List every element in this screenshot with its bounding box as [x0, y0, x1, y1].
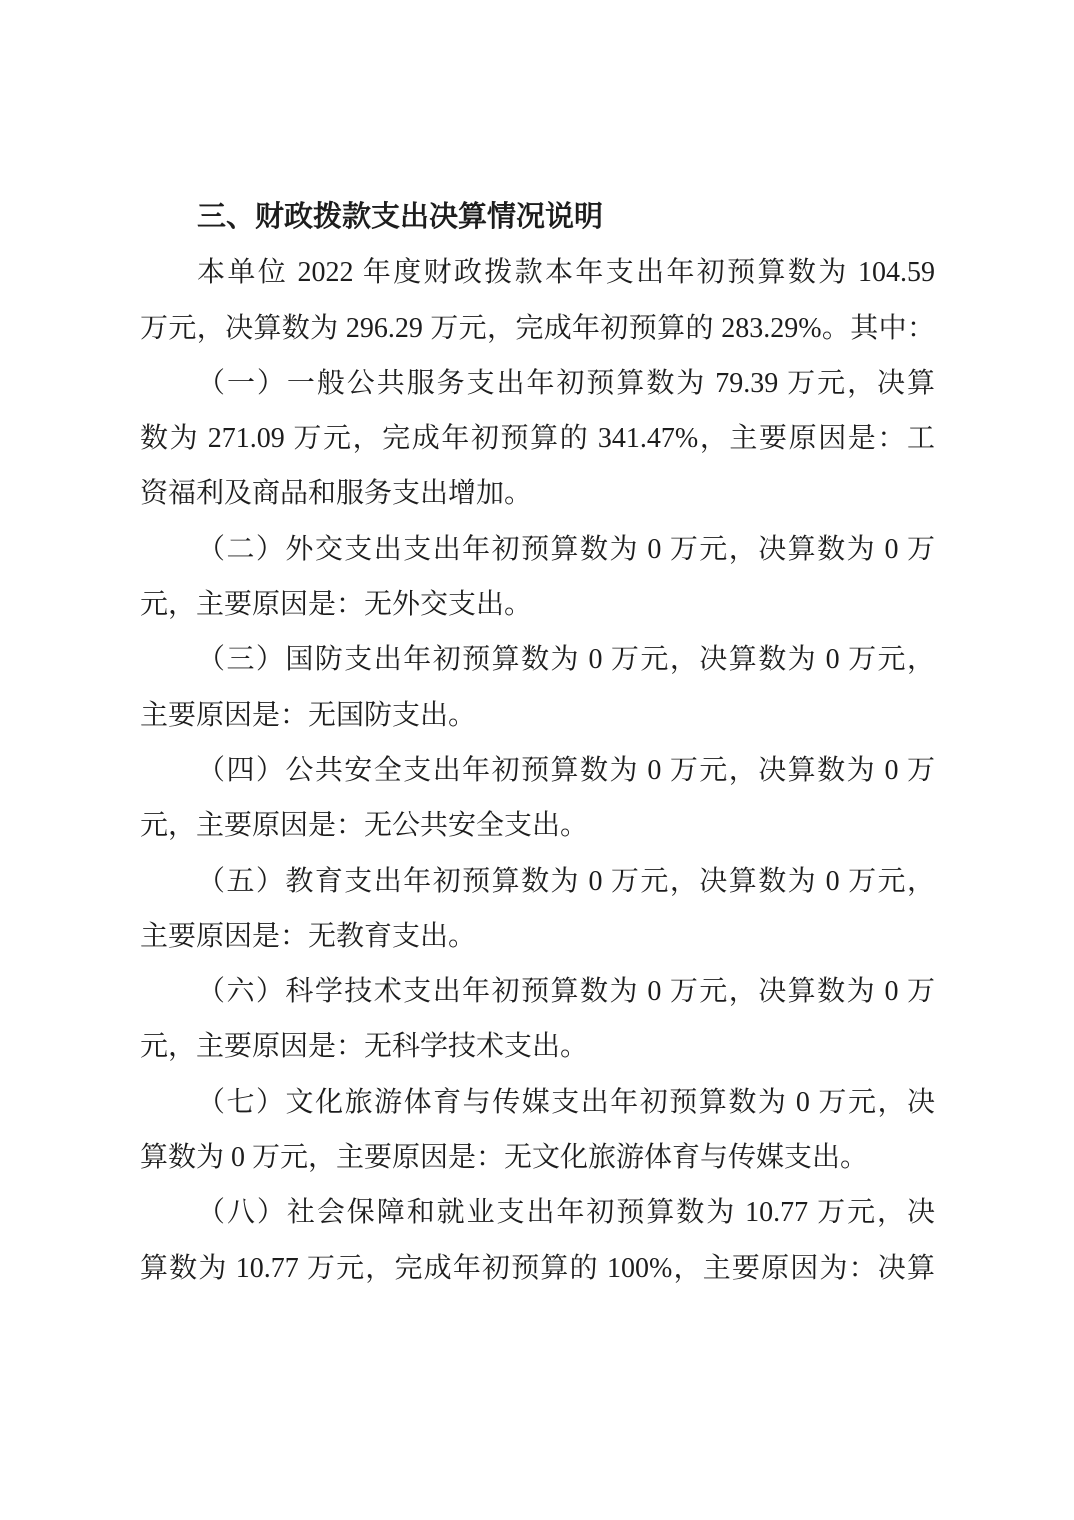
- section-heading: 三、财政拨款支出决算情况说明: [140, 190, 935, 245]
- paragraph-line: 万元，决算数为 296.29 万元，完成年初预算的 283.29%。其中：: [140, 301, 935, 356]
- paragraph-line: 本单位 2022 年度财政拨款本年支出年初预算数为 104.59: [140, 245, 935, 300]
- paragraph-line: 元，主要原因是：无科学技术支出。: [140, 1019, 935, 1074]
- paragraph-line: （八）社会保障和就业支出年初预算数为 10.77 万元，决: [140, 1185, 935, 1240]
- paragraph-line: 主要原因是：无教育支出。: [140, 909, 935, 964]
- document-page: 三、财政拨款支出决算情况说明 本单位 2022 年度财政拨款本年支出年初预算数为…: [0, 0, 1074, 1520]
- paragraph-line: 算数为 0 万元，主要原因是：无文化旅游体育与传媒支出。: [140, 1130, 935, 1185]
- paragraph-line: （四）公共安全支出年初预算数为 0 万元，决算数为 0 万: [140, 743, 935, 798]
- paragraph-line: （七）文化旅游体育与传媒支出年初预算数为 0 万元，决: [140, 1075, 935, 1130]
- paragraph-line: （二）外交支出支出年初预算数为 0 万元，决算数为 0 万: [140, 522, 935, 577]
- paragraph-line: 元，主要原因是：无公共安全支出。: [140, 798, 935, 853]
- paragraph-line: 资福利及商品和服务支出增加。: [140, 466, 935, 521]
- document-content: 三、财政拨款支出决算情况说明 本单位 2022 年度财政拨款本年支出年初预算数为…: [140, 190, 935, 1296]
- paragraph-line: 主要原因是：无国防支出。: [140, 688, 935, 743]
- paragraph-line: （一）一般公共服务支出年初预算数为 79.39 万元，决算: [140, 356, 935, 411]
- paragraph-line: 数为 271.09 万元，完成年初预算的 341.47%，主要原因是：工: [140, 411, 935, 466]
- paragraph-line: （三）国防支出年初预算数为 0 万元，决算数为 0 万元，: [140, 632, 935, 687]
- paragraph-line: 元，主要原因是：无外交支出。: [140, 577, 935, 632]
- paragraph-line: 算数为 10.77 万元，完成年初预算的 100%，主要原因为：决算: [140, 1241, 935, 1296]
- paragraph-line: （六）科学技术支出年初预算数为 0 万元，决算数为 0 万: [140, 964, 935, 1019]
- paragraph-line: （五）教育支出年初预算数为 0 万元，决算数为 0 万元，: [140, 854, 935, 909]
